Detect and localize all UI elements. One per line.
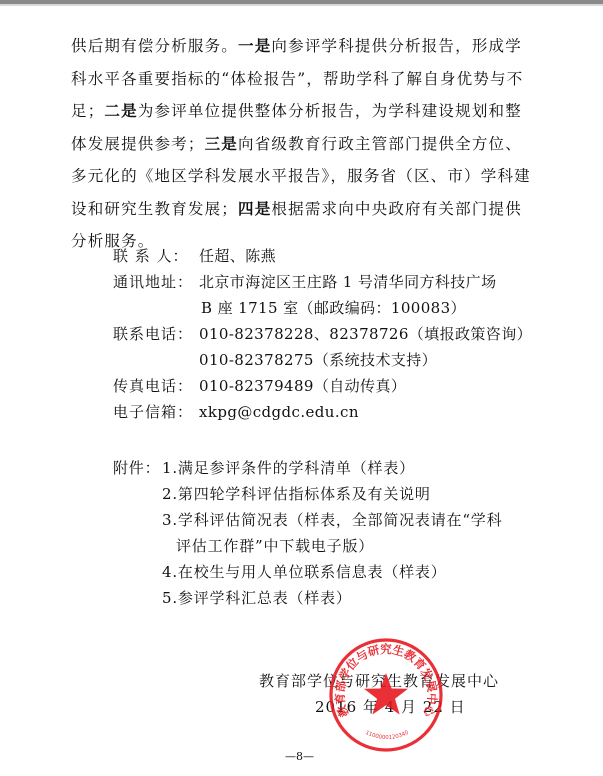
- paragraph-text: 足；: [71, 102, 104, 120]
- window-top-shadow: [0, 4, 603, 6]
- attachment-item-5: 5.参评学科汇总表（样表）: [162, 585, 352, 611]
- attachment-item-4: 4.在校生与用人单位联系信息表（样表）: [162, 559, 447, 585]
- emphasis-text: 四是: [238, 199, 271, 218]
- email-value: xkpg@cdgdc.edu.cn: [199, 399, 359, 425]
- phone-value-line2: 010-82378275（系统技术支持）: [199, 347, 437, 373]
- stamp-star-icon: [364, 673, 408, 715]
- paragraph-line: 供后期有偿分析服务。一是向参评学科提供分析报告，形成学: [71, 30, 536, 63]
- attachment-item-3-cont: 评估工作群”中下载电子版）: [176, 533, 374, 559]
- body-paragraph: 供后期有偿分析服务。一是向参评学科提供分析报告，形成学科水平各重要指标的“体检报…: [71, 30, 536, 258]
- paragraph-text: 科水平各重要指标的“体检报告”，帮助学科了解自身优势与不: [71, 70, 523, 88]
- official-seal-icon: 教育部学位与研究生教育发展中心 1100000120340: [326, 635, 446, 755]
- stamp-serial: 1100000120340: [364, 730, 410, 741]
- paragraph-text: 向参评学科提供分析报告，形成学: [271, 37, 522, 55]
- paragraph-text: 为参评单位提供整体分析报告，为学科建设规划和整: [138, 102, 522, 120]
- contact-person-value: 任超、陈燕: [199, 243, 276, 269]
- paragraph-text: 供后期有偿分析服务。: [71, 37, 238, 55]
- paragraph-line: 多元化的《地区学科发展水平报告》，服务省（区、市）学科建: [71, 160, 536, 193]
- paragraph-line: 科水平各重要指标的“体检报告”，帮助学科了解自身优势与不: [71, 63, 536, 96]
- paragraph-line: 足；二是为参评单位提供整体分析报告，为学科建设规划和整: [71, 95, 536, 128]
- emphasis-text: 三是: [205, 134, 238, 153]
- attachment-item-1: 1.满足参评条件的学科清单（样表）: [162, 455, 415, 481]
- phone-label: 联系电话：: [113, 321, 201, 347]
- phone-value-line1: 010-82378228、82378726（填报政策咨询）: [199, 321, 532, 347]
- paragraph-line: 设和研究生教育发展；四是根据需求向中央政府有关部门提供: [71, 193, 536, 226]
- address-value-line1: 北京市海淀区王庄路 1 号清华同方科技广场: [199, 269, 496, 295]
- emphasis-text: 二是: [104, 101, 137, 120]
- attachment-item-2: 2.第四轮学科评估指标体系及有关说明: [162, 481, 431, 507]
- address-value-line2: B 座 1715 室（邮政编码：100083）: [201, 295, 466, 321]
- page-number: —8—: [285, 750, 314, 763]
- paragraph-text: 设和研究生教育发展；: [71, 200, 238, 218]
- address-label: 通讯地址：: [113, 269, 201, 295]
- fax-label: 传真电话：: [113, 373, 201, 399]
- email-label: 电子信箱：: [113, 399, 201, 425]
- paragraph-line: 体发展提供参考；三是向省级教育行政主管部门提供全方位、: [71, 128, 536, 161]
- paragraph-text: 多元化的《地区学科发展水平报告》，服务省（区、市）学科建: [71, 167, 531, 185]
- paragraph-text: 根据需求向中央政府有关部门提供: [271, 200, 522, 218]
- paragraph-text: 向省级教育行政主管部门提供全方位、: [238, 135, 522, 153]
- attachments-label: 附件：: [113, 455, 160, 481]
- fax-value: 010-82379489（自动传真）: [199, 373, 406, 399]
- emphasis-text: 一是: [238, 36, 271, 55]
- contact-person-label: 联 系 人：: [113, 243, 201, 269]
- attachment-item-3: 3.学科评估简况表（样表，全部简况表请在“学科: [162, 507, 502, 533]
- paragraph-text: 体发展提供参考；: [71, 135, 205, 153]
